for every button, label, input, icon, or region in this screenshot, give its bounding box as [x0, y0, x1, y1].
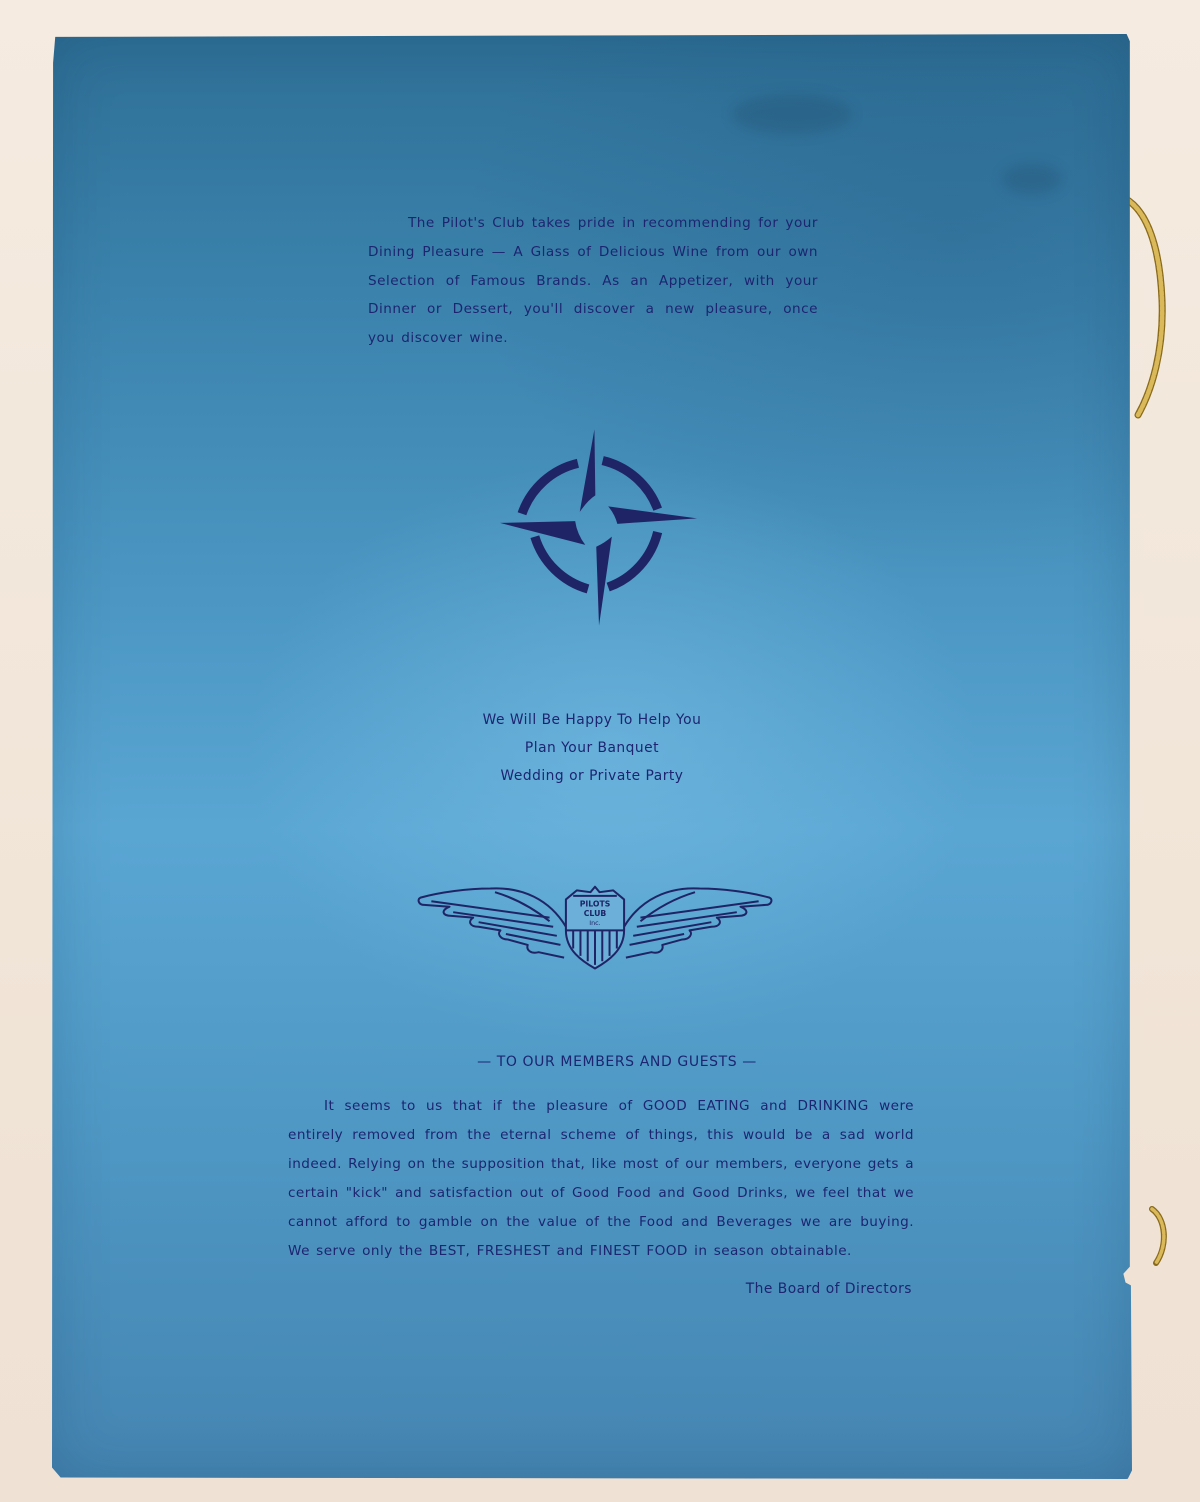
banquet-line: Wedding or Private Party [392, 762, 792, 790]
menu-page: The Pilot's Club takes pride in recommen… [52, 34, 1132, 1479]
banquet-offer: We Will Be Happy To Help You Plan Your B… [392, 706, 792, 790]
signature: The Board of Directors [612, 1281, 912, 1297]
banquet-line: Plan Your Banquet [392, 734, 792, 762]
stain-mark [1002, 164, 1062, 194]
stain-mark [732, 94, 852, 134]
pilot-wings-icon: PILOTS CLUB Inc. [397, 874, 793, 974]
wings-badge-text: CLUB [584, 909, 607, 918]
members-heading: — TO OUR MEMBERS AND GUESTS — [292, 1054, 942, 1070]
wings-badge-text: PILOTS [580, 900, 611, 909]
wings-badge-text: Inc. [589, 920, 600, 927]
wine-recommendation-paragraph: The Pilot's Club takes pride in recommen… [368, 209, 818, 353]
compass-rose-icon [489, 420, 709, 635]
banquet-line: We Will Be Happy To Help You [392, 706, 792, 734]
members-message-paragraph: It seems to us that if the pleasure of G… [288, 1092, 914, 1266]
